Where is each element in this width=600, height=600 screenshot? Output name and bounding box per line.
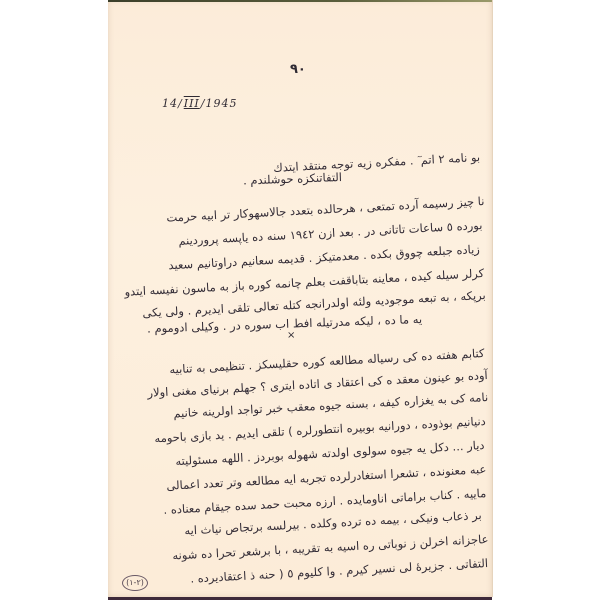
letter-page: ٩٠ 14/III/1945 بو نامه ٢ اتم ٓ . مفكره ز…	[108, 0, 493, 597]
text-line: التفاتنكزه حوشلندم .	[243, 170, 342, 187]
text-line: التفاتی . جزیرهٔ لی نسیر کیرم . وا کلیوم…	[190, 556, 488, 586]
archive-catalog-mark: (٢-١)	[122, 575, 148, 591]
section-mark: ×	[287, 330, 295, 341]
letter-body: بو نامه ٢ اتم ٓ . مفكره زیه توجه منتقد ا…	[108, 0, 492, 597]
